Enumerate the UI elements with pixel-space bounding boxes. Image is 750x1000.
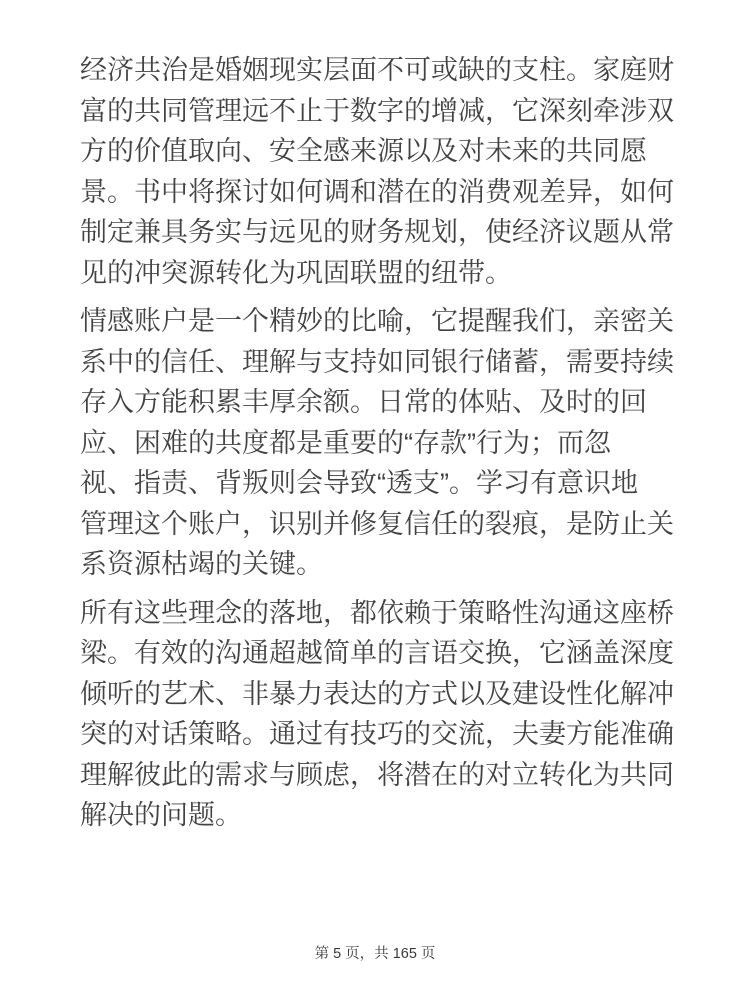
text-line: 管理这个账户，识别并修复信任的裂痕，是防止关 xyxy=(80,504,680,545)
text-line: 景。书中将探讨如何调和潜在的消费观差异，如何 xyxy=(80,172,680,213)
page-footer: 第 5 页，共 165 页 xyxy=(0,944,750,964)
text-line: 视、指责、背叛则会导致“透支”。学习有意识地 xyxy=(80,463,680,504)
text-line: 系资源枯竭的关键。 xyxy=(80,544,680,585)
page-indicator: 第 5 页，共 165 页 xyxy=(315,946,436,962)
text-line: 情感账户是一个精妙的比喻，它提醒我们，亲密关 xyxy=(80,301,680,342)
text-line: 梁。有效的沟通超越简单的言语交换，它涵盖深度 xyxy=(80,633,680,674)
text-line: 突的对话策略。通过有技巧的交流，夫妻方能准确 xyxy=(80,714,680,755)
paragraph: 经济共治是婚姻现实层面不可或缺的支柱。家庭财富的共同管理远不止于数字的增减，它深… xyxy=(80,50,680,293)
text-line: 富的共同管理远不止于数字的增减，它深刻牵涉双 xyxy=(80,91,680,132)
text-line: 倾听的艺术、非暴力表达的方式以及建设性化解冲 xyxy=(80,674,680,715)
text-line: 方的价值取向、安全感来源以及对未来的共同愿 xyxy=(80,131,680,172)
text-line: 存入方能积累丰厚余额。日常的体贴、及时的回 xyxy=(80,382,680,423)
text-line: 系中的信任、理解与支持如同银行储蓄，需要持续 xyxy=(80,342,680,383)
text-line: 经济共治是婚姻现实层面不可或缺的支柱。家庭财 xyxy=(80,50,680,91)
paragraph: 所有这些理念的落地，都依赖于策略性沟通这座桥梁。有效的沟通超越简单的言语交换，它… xyxy=(80,593,680,836)
text-line: 应、困难的共度都是重要的“存款”行为；而忽 xyxy=(80,423,680,464)
text-line: 制定兼具务实与远见的财务规划，使经济议题从常 xyxy=(80,212,680,253)
page-content: 经济共治是婚姻现实层面不可或缺的支柱。家庭财富的共同管理远不止于数字的增减，它深… xyxy=(80,50,680,844)
text-line: 解决的问题。 xyxy=(80,795,680,836)
text-line: 理解彼此的需求与顾虑，将潜在的对立转化为共同 xyxy=(80,755,680,796)
text-line: 所有这些理念的落地，都依赖于策略性沟通这座桥 xyxy=(80,593,680,634)
paragraph: 情感账户是一个精妙的比喻，它提醒我们，亲密关系中的信任、理解与支持如同银行储蓄，… xyxy=(80,301,680,585)
document-page: 经济共治是婚姻现实层面不可或缺的支柱。家庭财富的共同管理远不止于数字的增减，它深… xyxy=(0,0,750,1000)
text-line: 见的冲突源转化为巩固联盟的纽带。 xyxy=(80,253,680,294)
